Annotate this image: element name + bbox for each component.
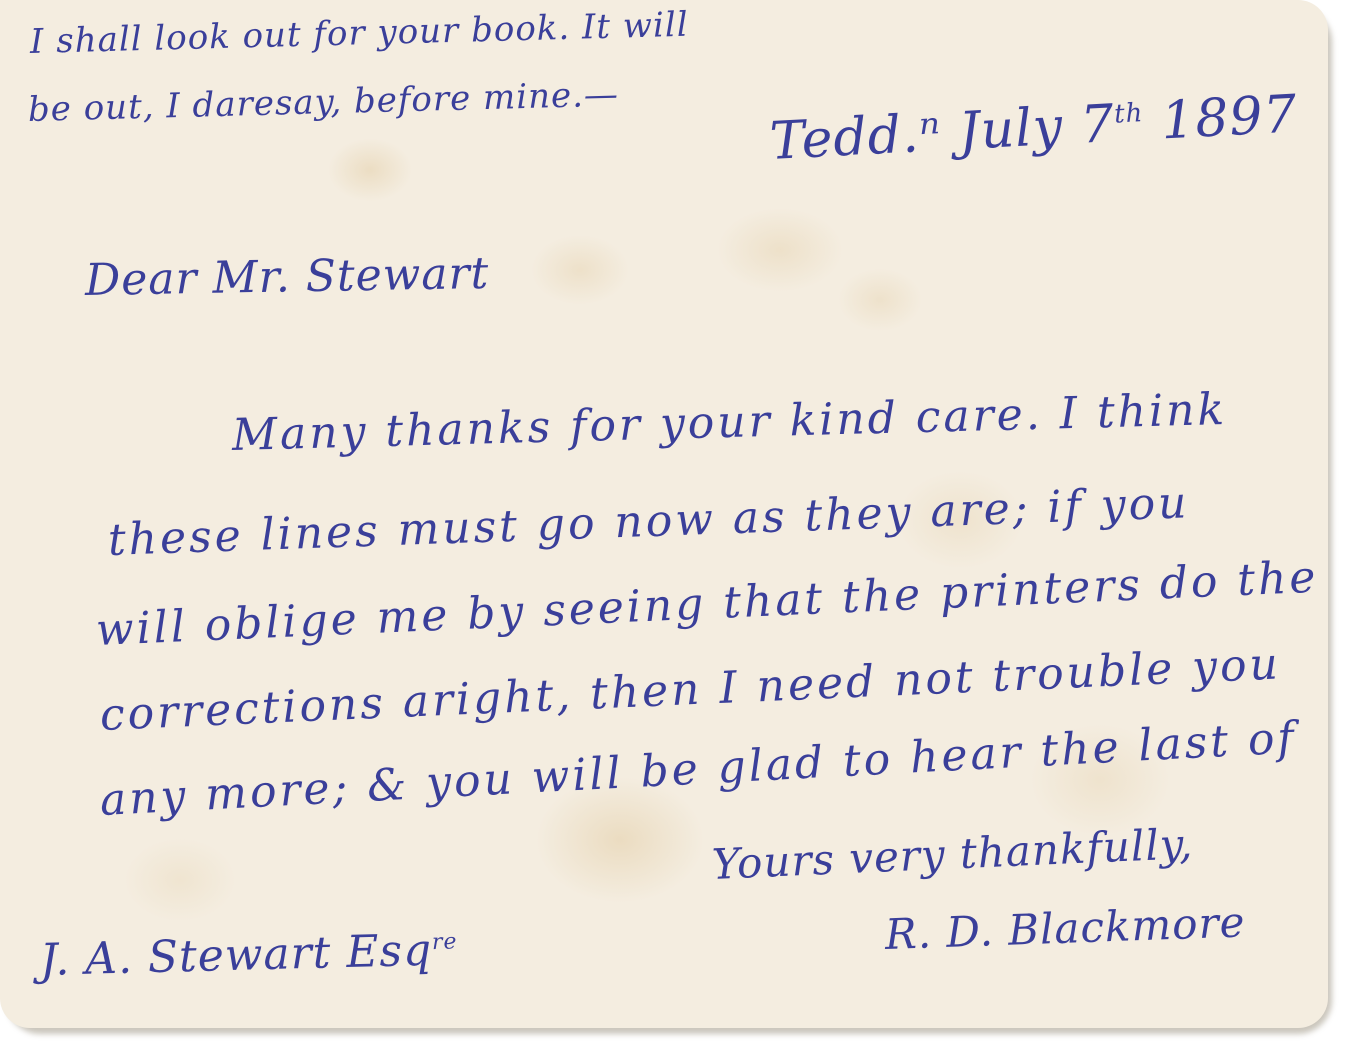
addressee-title-suffix: re bbox=[432, 929, 458, 955]
dateline: Tedd.ⁿ July 7th 1897 bbox=[768, 84, 1299, 172]
letter-card: I shall look out for your book. It will … bbox=[0, 0, 1328, 1028]
postscript-line-1: I shall look out for your book. It will bbox=[29, 5, 689, 62]
closing: Yours very thankfully, bbox=[711, 819, 1194, 889]
body-line-3: will oblige me by seeing that the printe… bbox=[95, 552, 1319, 656]
addressee-title: Esq bbox=[346, 925, 433, 978]
signature: R. D. Blackmore bbox=[884, 897, 1246, 959]
addressee-name: J. A. Stewart bbox=[39, 927, 332, 986]
addressee: J. A. Stewart Esqre bbox=[39, 924, 458, 986]
scan-page: I shall look out for your book. It will … bbox=[0, 0, 1357, 1056]
dateline-month: July bbox=[957, 97, 1064, 162]
dateline-place: Tedd.ⁿ bbox=[768, 103, 943, 172]
body-line-2: these lines must go now as they are; if … bbox=[107, 477, 1190, 566]
dateline-day-suffix: th bbox=[1113, 98, 1144, 129]
dateline-year: 1897 bbox=[1160, 84, 1299, 151]
salutation: Dear Mr. Stewart bbox=[85, 248, 490, 306]
postscript-line-2: be out, I daresay, before mine.— bbox=[27, 75, 619, 130]
body-line-1: Many thanks for your kind care. I think bbox=[231, 384, 1227, 461]
dateline-day: 7 bbox=[1079, 94, 1116, 156]
